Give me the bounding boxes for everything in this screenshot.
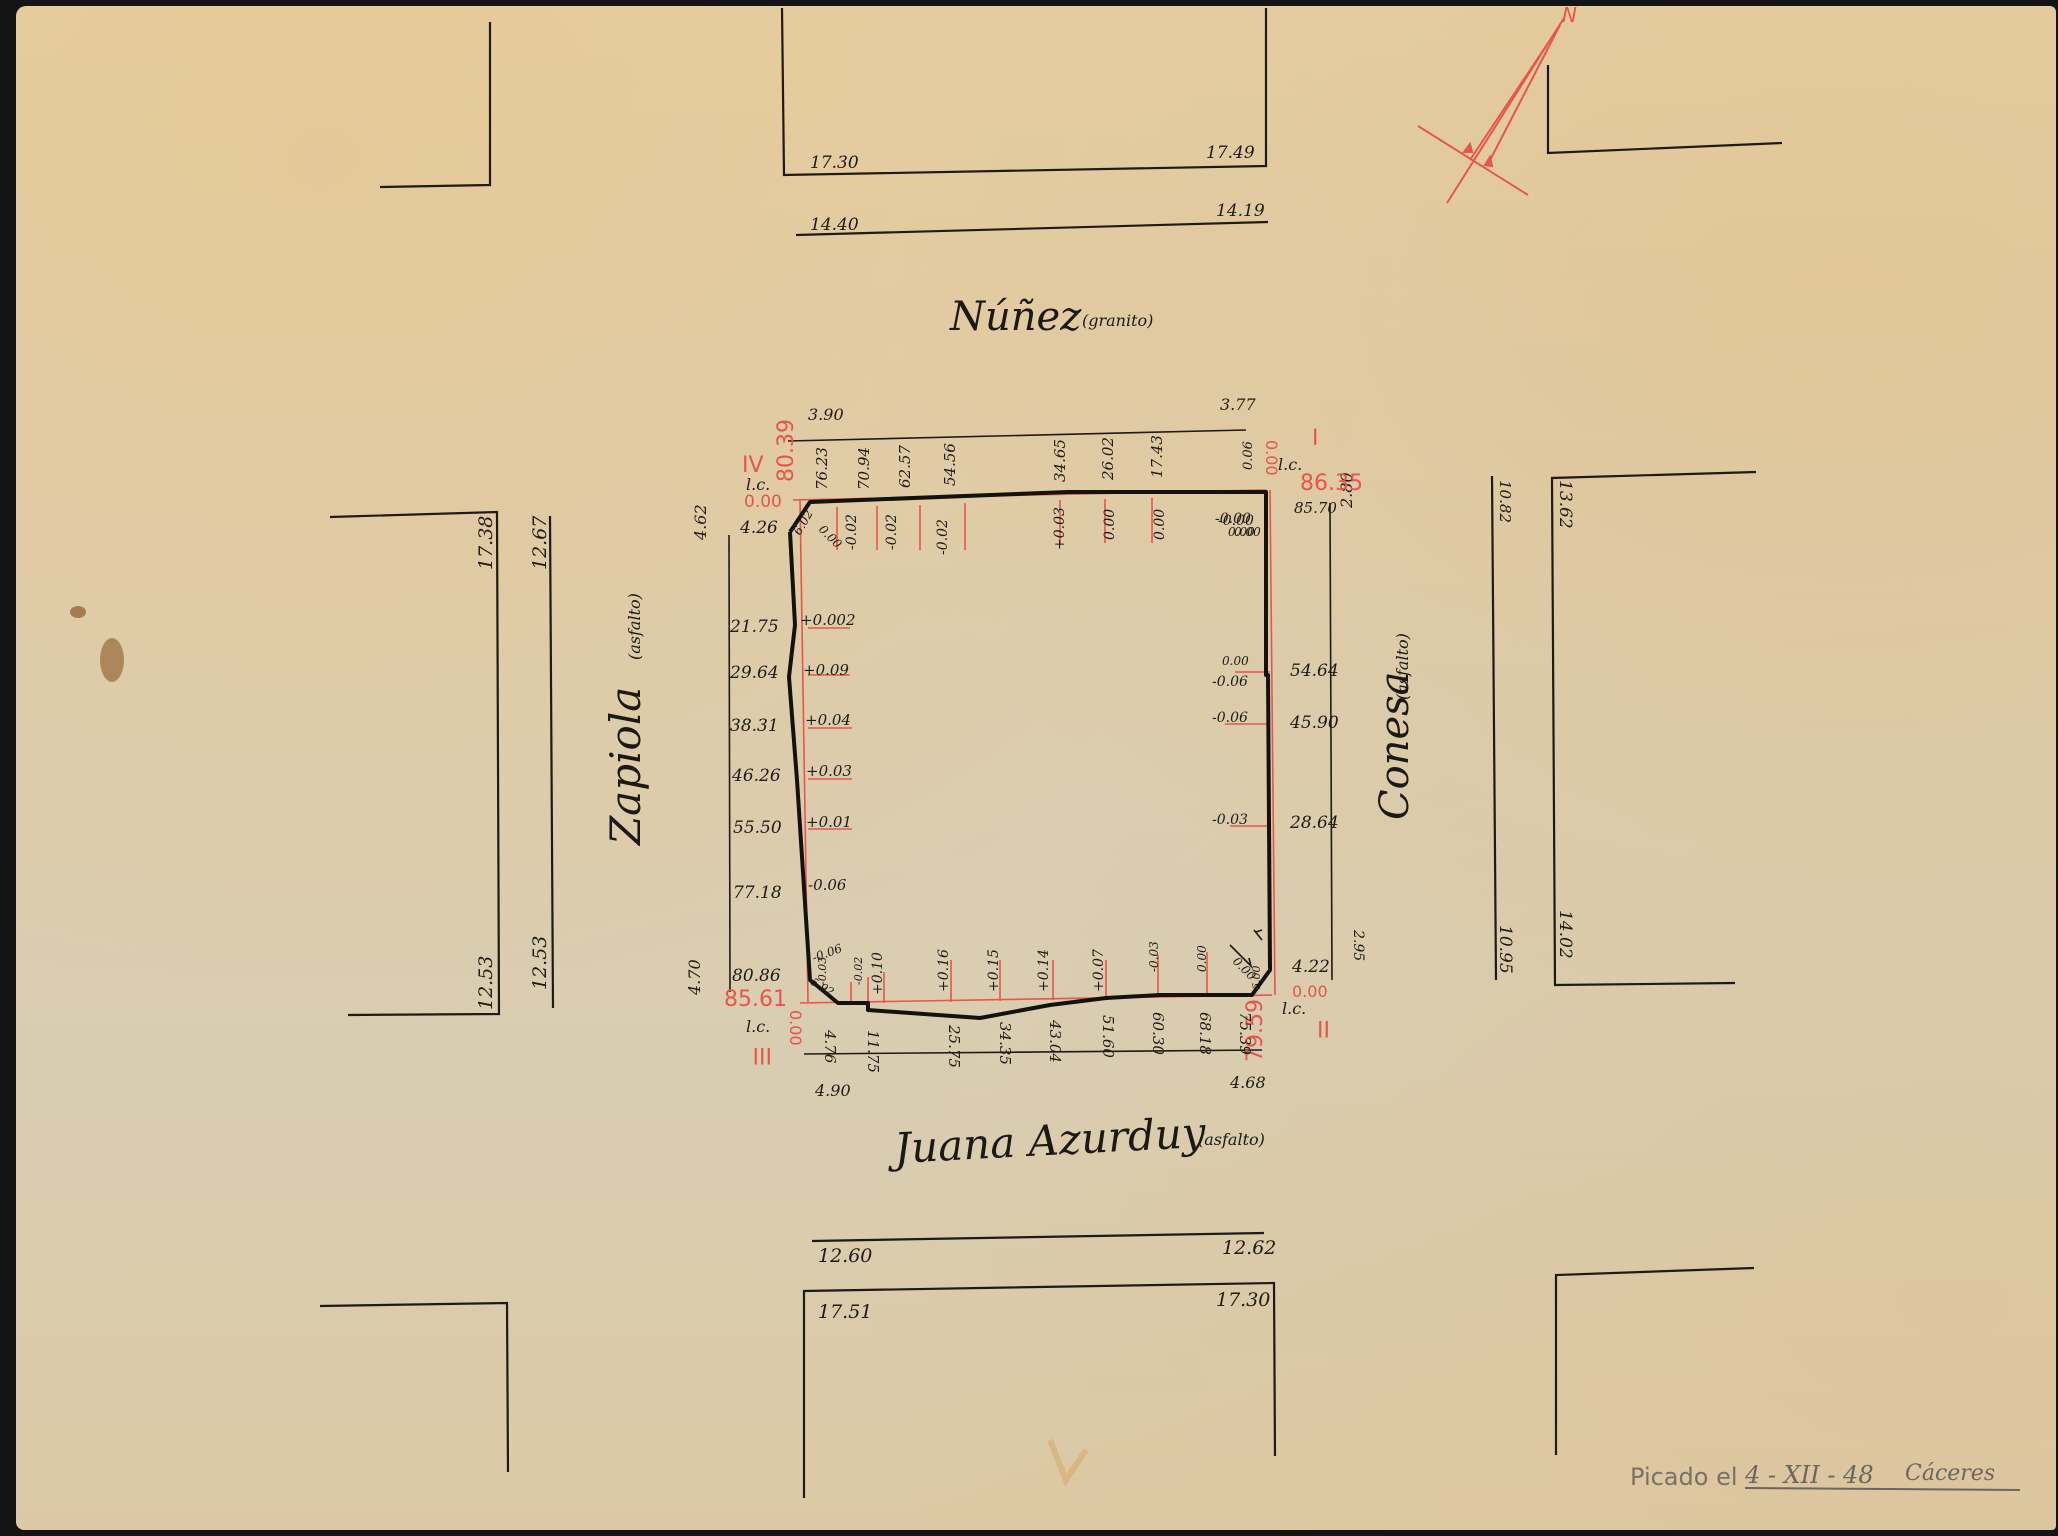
block-top-center: [782, 8, 1266, 175]
svg-text:+0.03: +0.03: [806, 762, 852, 780]
corner-i-label: I: [1312, 426, 1319, 451]
svg-text:0.00: 0.00: [1152, 509, 1168, 540]
svg-text:+0.10: +0.10: [870, 952, 886, 995]
svg-text:6.00: 6.00: [1250, 966, 1263, 991]
corner-iv-mark: l.c.: [746, 475, 770, 494]
svg-text:14.02: 14.02: [1555, 910, 1575, 959]
svg-text:+0.03: +0.03: [1052, 507, 1068, 550]
svg-text:4.68: 4.68: [1229, 1073, 1266, 1092]
svg-text:55.50: 55.50: [733, 818, 782, 838]
street-south-name: Juana Azurduy: [885, 1108, 1208, 1174]
svg-text:25.75: 25.75: [945, 1024, 963, 1068]
svg-text:38.31: 38.31: [730, 716, 779, 736]
corner-i-elevation: 86.35: [1300, 471, 1363, 496]
svg-text:3.77: 3.77: [1220, 395, 1256, 414]
svg-text:-0.06: -0.06: [1212, 674, 1248, 690]
svg-text:10.82: 10.82: [1496, 480, 1514, 523]
svg-text:2.95: 2.95: [1350, 929, 1366, 961]
svg-text:+0.09: +0.09: [803, 661, 849, 679]
svg-text:5.92: 5.92: [809, 975, 837, 999]
svg-text:14.19: 14.19: [1216, 201, 1265, 221]
svg-text:17.43: 17.43: [1148, 435, 1166, 478]
svg-text:45.90: 45.90: [1289, 713, 1339, 733]
curb-east: [1492, 476, 1496, 980]
south-offsets: -0.03 -0.02 +0.10 +0.16 +0.15 +0.14 +0.0…: [809, 941, 1264, 999]
svg-text:12.53: 12.53: [529, 936, 551, 990]
svg-text:21.75: 21.75: [729, 617, 779, 637]
svg-text:+0.07: +0.07: [1091, 949, 1107, 992]
svg-text:34.65: 34.65: [1051, 439, 1069, 482]
block-west: [330, 512, 499, 1015]
svg-text:17.49: 17.49: [1206, 143, 1255, 163]
paper-stains: [70, 606, 1086, 1480]
svg-text:17.30: 17.30: [1216, 1289, 1270, 1311]
svg-text:12.62: 12.62: [1222, 1237, 1276, 1259]
svg-text:4.70: 4.70: [685, 959, 704, 996]
survey-drawing: N Núñez (granito) Juana Azurduy (asfalto…: [0, 0, 2058, 1536]
svg-text:+0.14: +0.14: [1036, 949, 1052, 992]
street-north-surface: (granito): [1082, 311, 1153, 330]
svg-text:3.90: 3.90: [808, 405, 844, 424]
svg-text:29.64: 29.64: [729, 663, 779, 683]
west-stations: 4.26 21.75 29.64 38.31 46.26 55.50 77.18…: [729, 518, 782, 986]
svg-text:10.95: 10.95: [1495, 925, 1515, 974]
sidewalk-widths: 3.90 3.77 4.90 4.68 4.62 4.70 2.80 2.95: [685, 395, 1366, 1100]
svg-text:75.39: 75.39: [1236, 1012, 1254, 1055]
svg-text:26.02: 26.02: [1099, 437, 1117, 481]
svg-text:4.26: 4.26: [739, 518, 778, 538]
street-west-name: Zapiola: [601, 687, 650, 847]
svg-text:4.62: 4.62: [691, 504, 710, 541]
block-east: [1552, 472, 1756, 985]
north-arrow-icon: [1418, 18, 1564, 203]
north-stations: 76.23 70.94 62.57 54.56 34.65 26.02 17.4…: [813, 435, 1256, 490]
svg-text:85.70: 85.70: [1294, 499, 1337, 517]
svg-text:34.35: 34.35: [996, 1022, 1014, 1065]
north-offsets: -0.02 -0.02 -0.02 +0.03 0.00 0.00 -0.00 …: [790, 507, 1255, 555]
svg-text:12.53: 12.53: [475, 956, 497, 1010]
curb-south: [812, 1233, 1264, 1241]
svg-text:13.62: 13.62: [1555, 480, 1575, 529]
svg-text:+0.16: +0.16: [936, 949, 952, 992]
north-arrow-label: N: [1562, 3, 1577, 27]
west-offsets: +0.002 +0.09 +0.04 +0.03 +0.01 -0.06 -0.…: [800, 611, 856, 965]
svg-text:0.06: 0.06: [1241, 441, 1256, 470]
stamp-date: 4 - XII - 48: [1744, 1461, 1874, 1489]
svg-text:76.23: 76.23: [813, 447, 831, 490]
corner-iii-mark: l.c.: [746, 1017, 770, 1036]
svg-text:46.26: 46.26: [731, 766, 781, 786]
corner-iv-zero: 0.00: [744, 492, 782, 512]
svg-text:-0.02: -0.02: [852, 957, 865, 985]
svg-text:0.00: 0.00: [1195, 945, 1209, 972]
stamp-label: Picado el: [1630, 1463, 1738, 1491]
svg-text:70.94: 70.94: [855, 447, 873, 490]
svg-text:62.57: 62.57: [896, 445, 914, 488]
offset-baselines: [793, 490, 1275, 1003]
svg-text:-0.03: -0.03: [1212, 812, 1248, 828]
corner-iv-elevation: 80.39: [774, 419, 799, 482]
corner-ii-label: II: [1317, 1015, 1330, 1040]
svg-text:68.18: 68.18: [1196, 1012, 1214, 1055]
lot-boundary: [789, 492, 1270, 1018]
stamp-signature: Cáceres: [1905, 1461, 1995, 1486]
block-bottom-center: [804, 1283, 1275, 1498]
svg-text:4.76: 4.76: [821, 1029, 839, 1064]
svg-text:51.60: 51.60: [1099, 1015, 1117, 1058]
svg-text:4.22: 4.22: [1291, 957, 1330, 977]
svg-text:-0.02: -0.02: [935, 519, 951, 555]
street-east-surface: (asfalto): [1393, 633, 1412, 700]
scan-frame: N Núñez (granito) Juana Azurduy (asfalto…: [0, 0, 2058, 1536]
corner-i-mark: l.c.: [1278, 455, 1302, 474]
svg-text:14.40: 14.40: [810, 215, 859, 235]
svg-text:4.90: 4.90: [814, 1081, 851, 1100]
svg-text:17.30: 17.30: [810, 153, 859, 173]
svg-text:60.30: 60.30: [1149, 1012, 1167, 1055]
corner-iii-elevation: 85.61: [724, 987, 787, 1012]
svg-text:-0.06: -0.06: [1212, 710, 1248, 726]
svg-text:28.64: 28.64: [1289, 813, 1339, 833]
svg-text:+0.15: +0.15: [986, 949, 1002, 992]
block-top-left: [380, 22, 490, 187]
svg-text:12.67: 12.67: [529, 515, 551, 570]
svg-text:-0.02: -0.02: [884, 514, 900, 550]
svg-text:-0.03: -0.03: [1147, 941, 1161, 972]
svg-text:0.00: 0.00: [1234, 525, 1261, 539]
east-offsets: 0.00 -0.06 -0.06 -0.03 -0.00 0.00: [1212, 513, 1261, 828]
curb-north: [796, 222, 1268, 235]
svg-text:0.00: 0.00: [816, 522, 845, 551]
svg-text:11.75: 11.75: [864, 1030, 882, 1073]
street-south-surface: (asfalto): [1198, 1130, 1265, 1149]
block-top-right: [1548, 65, 1782, 153]
svg-text:80.86: 80.86: [732, 966, 781, 986]
corner-iii-zero: 0.00: [786, 1010, 805, 1046]
street-west-surface: (asfalto): [625, 593, 644, 660]
svg-text:54.56: 54.56: [941, 443, 959, 486]
corner-iii-label: III: [753, 1042, 772, 1067]
block-bottom-left: [320, 1303, 508, 1472]
block-bottom-right: [1556, 1268, 1754, 1455]
svg-text:12.60: 12.60: [818, 1245, 872, 1267]
svg-text:0.00: 0.00: [1222, 654, 1249, 668]
street-north-name: Núñez: [949, 294, 1082, 340]
svg-text:17.38: 17.38: [475, 516, 497, 570]
svg-text:17.51: 17.51: [818, 1301, 872, 1323]
corner-ii-mark: l.c.: [1282, 999, 1306, 1018]
curb-west: [550, 516, 553, 1008]
svg-text:43.04: 43.04: [1046, 1019, 1064, 1063]
neighbor-blocks: [320, 8, 1782, 1498]
svg-text:54.64: 54.64: [1290, 661, 1339, 681]
svg-text:+0.002: +0.002: [800, 611, 856, 629]
svg-text:+0.04: +0.04: [805, 711, 851, 729]
south-stations: 4.76 11.75 25.75 34.35 43.04 51.60 60.30…: [821, 1012, 1254, 1073]
svg-text:+0.01: +0.01: [806, 813, 852, 831]
svg-text:-0.06: -0.06: [808, 876, 847, 894]
svg-text:6.02: 6.02: [790, 507, 815, 537]
footer-stamp: Picado el 4 - XII - 48 Cáceres: [1630, 1461, 2020, 1491]
svg-text:-0.02: -0.02: [844, 514, 860, 550]
svg-text:0.00: 0.00: [1102, 509, 1118, 540]
svg-text:77.18: 77.18: [733, 883, 782, 903]
